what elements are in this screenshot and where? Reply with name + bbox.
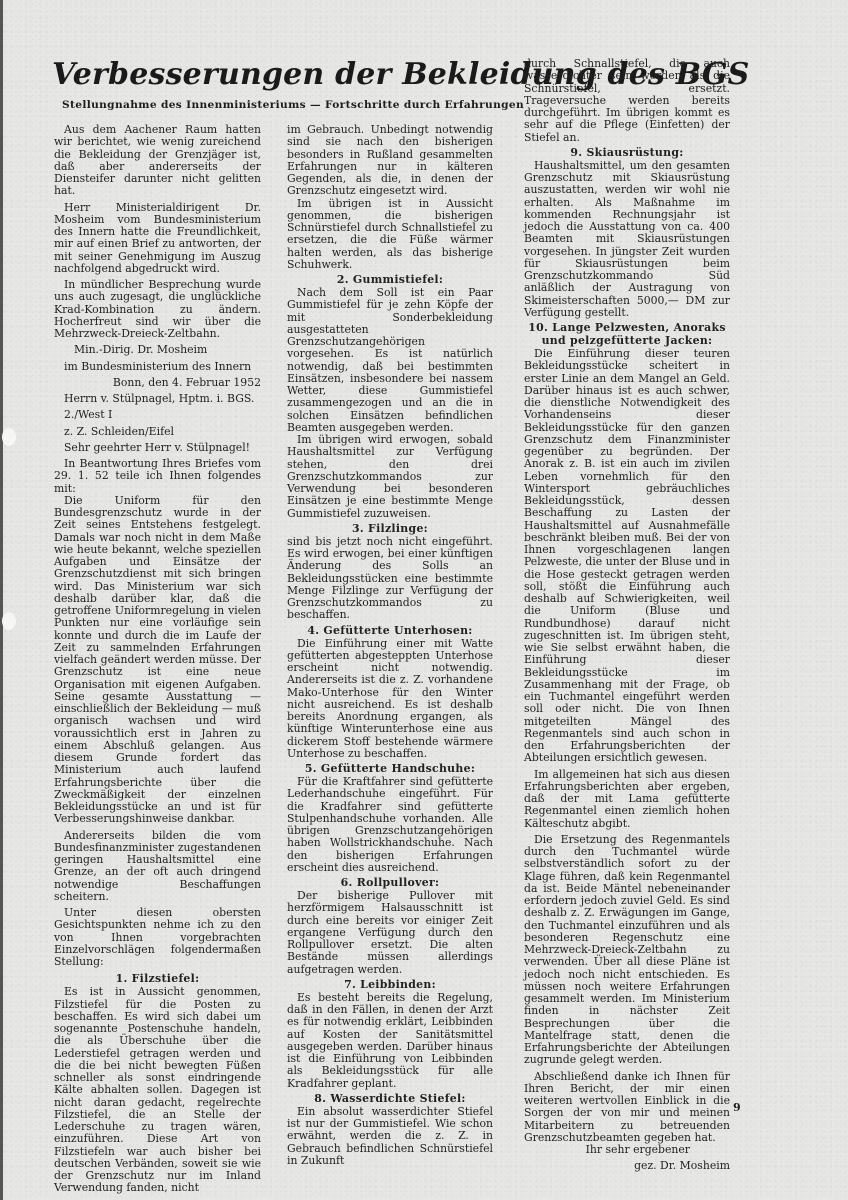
letter-paragraph: Andererseits bilden die vom Bundesfinanz…: [54, 830, 261, 904]
section-paragraph: Im übrigen ist in Aussicht genommen, die…: [287, 198, 493, 272]
column-1: Aus dem Aachener Raum hatten wir bericht…: [54, 124, 261, 1195]
section-paragraph: Im allgemeinen hat sich aus diesen Erfah…: [524, 769, 730, 830]
letter-paragraph: Die Uniform für den Bundesgrenzschutz wu…: [54, 495, 261, 826]
section-paragraph: Für die Kraftfahrer sind gefütterte Lede…: [287, 776, 493, 874]
section-heading-gummistiefel: 2. Gummistiefel:: [287, 273, 493, 286]
article-subtitle: Stellungnahme des Innenministeriums — Fo…: [62, 99, 502, 111]
section-paragraph: Es ist in Aussicht genommen, Filzstiefel…: [54, 986, 261, 1194]
intro-paragraph: Herr Ministerialdirigent Dr. Mosheim vom…: [54, 202, 261, 276]
section-heading-filzstiefel: 1. Filzstiefel:: [54, 972, 261, 985]
punch-hole: [2, 612, 16, 630]
intro-paragraph: Aus dem Aachener Raum hatten wir bericht…: [54, 124, 261, 198]
letter-paragraph: In Beantwortung Ihres Briefes vom 29. 1.…: [54, 458, 261, 495]
column-3: durch Schnallstiefel, die auch wasserdic…: [524, 58, 730, 1177]
letter-recipient: Herrn v. Stülpnagel, Hptm. i. BGS.: [54, 393, 261, 405]
section-paragraph: Die Ersetzung des Regenmantels durch den…: [524, 834, 730, 1067]
section-heading-skiausruestung: 9. Skiausrüstung:: [524, 146, 730, 159]
section-paragraph: Ein absolut wasserdichter Stiefel ist nu…: [287, 1106, 493, 1167]
intro-paragraph: In mündlicher Besprechung wurde uns auch…: [54, 279, 261, 340]
section-paragraph: Haushaltsmittel, um den gesamten Grenzsc…: [524, 160, 730, 319]
section-paragraph: Die Einführung einer mit Watte gefüttert…: [287, 638, 493, 761]
letter-unit: 2./West I: [54, 409, 261, 421]
section-paragraph: Nach dem Soll ist ein Paar Gummistiefel …: [287, 287, 493, 434]
letter-ministry: im Bundesministerium des Innern: [54, 361, 261, 373]
section-heading-wasserdichte-stiefel: 8. Wasserdichte Stiefel:: [287, 1092, 493, 1105]
section-paragraph: Die Einführung dieser teuren Bekleidungs…: [524, 348, 730, 765]
letter-paragraph: Unter diesen obersten Gesichtspunkten ne…: [54, 907, 261, 968]
section-paragraph: durch Schnallstiefel, die auch wasserdic…: [524, 58, 730, 144]
section-heading-rollpullover: 6. Rollpullover:: [287, 876, 493, 889]
section-heading-leibbinden: 7. Leibbinden:: [287, 978, 493, 991]
closing-paragraph: Abschließend danke ich Ihnen für Ihren B…: [524, 1071, 730, 1145]
letter-salutation: Sehr geehrter Herr v. Stülpnagel!: [54, 442, 261, 454]
closing-signature: gez. Dr. Mosheim: [524, 1160, 730, 1172]
page-number: 9: [733, 1101, 741, 1114]
section-paragraph: Es besteht bereits die Regelung, daß in …: [287, 992, 493, 1090]
section-paragraph: Im übrigen wird erwogen, sobald Haushalt…: [287, 434, 493, 520]
letter-place-date: Bonn, den 4. Februar 1952: [54, 377, 261, 389]
article-title: Verbesserungen der Bekleidung des BGS: [52, 52, 512, 97]
closing-regards: Ihr sehr ergebener: [524, 1144, 730, 1156]
section-paragraph: sind bis jetzt noch nicht eingeführt. Es…: [287, 536, 493, 622]
letter-sender: Min.-Dirig. Dr. Mosheim: [54, 344, 261, 356]
page-edge: [0, 0, 3, 1200]
punch-hole: [2, 428, 16, 446]
section-paragraph: im Gebrauch. Unbedingt notwendig sind si…: [287, 124, 493, 198]
section-heading-handschuhe: 5. Gefütterte Handschuhe:: [287, 762, 493, 775]
letter-location: z. Z. Schleiden/Eifel: [54, 426, 261, 438]
scanned-page: Verbesserungen der Bekleidung des BGS St…: [0, 0, 848, 1200]
section-heading-filzlinge: 3. Filzlinge:: [287, 522, 493, 535]
section-paragraph: Der bisherige Pullover mit herzförmigem …: [287, 890, 493, 976]
section-heading-pelzwesten: 10. Lange Pelzwesten, Anoraks und pelzge…: [524, 321, 730, 347]
column-2: im Gebrauch. Unbedingt notwendig sind si…: [287, 124, 493, 1167]
section-heading-unterhosen: 4. Gefütterte Unterhosen:: [287, 624, 493, 637]
